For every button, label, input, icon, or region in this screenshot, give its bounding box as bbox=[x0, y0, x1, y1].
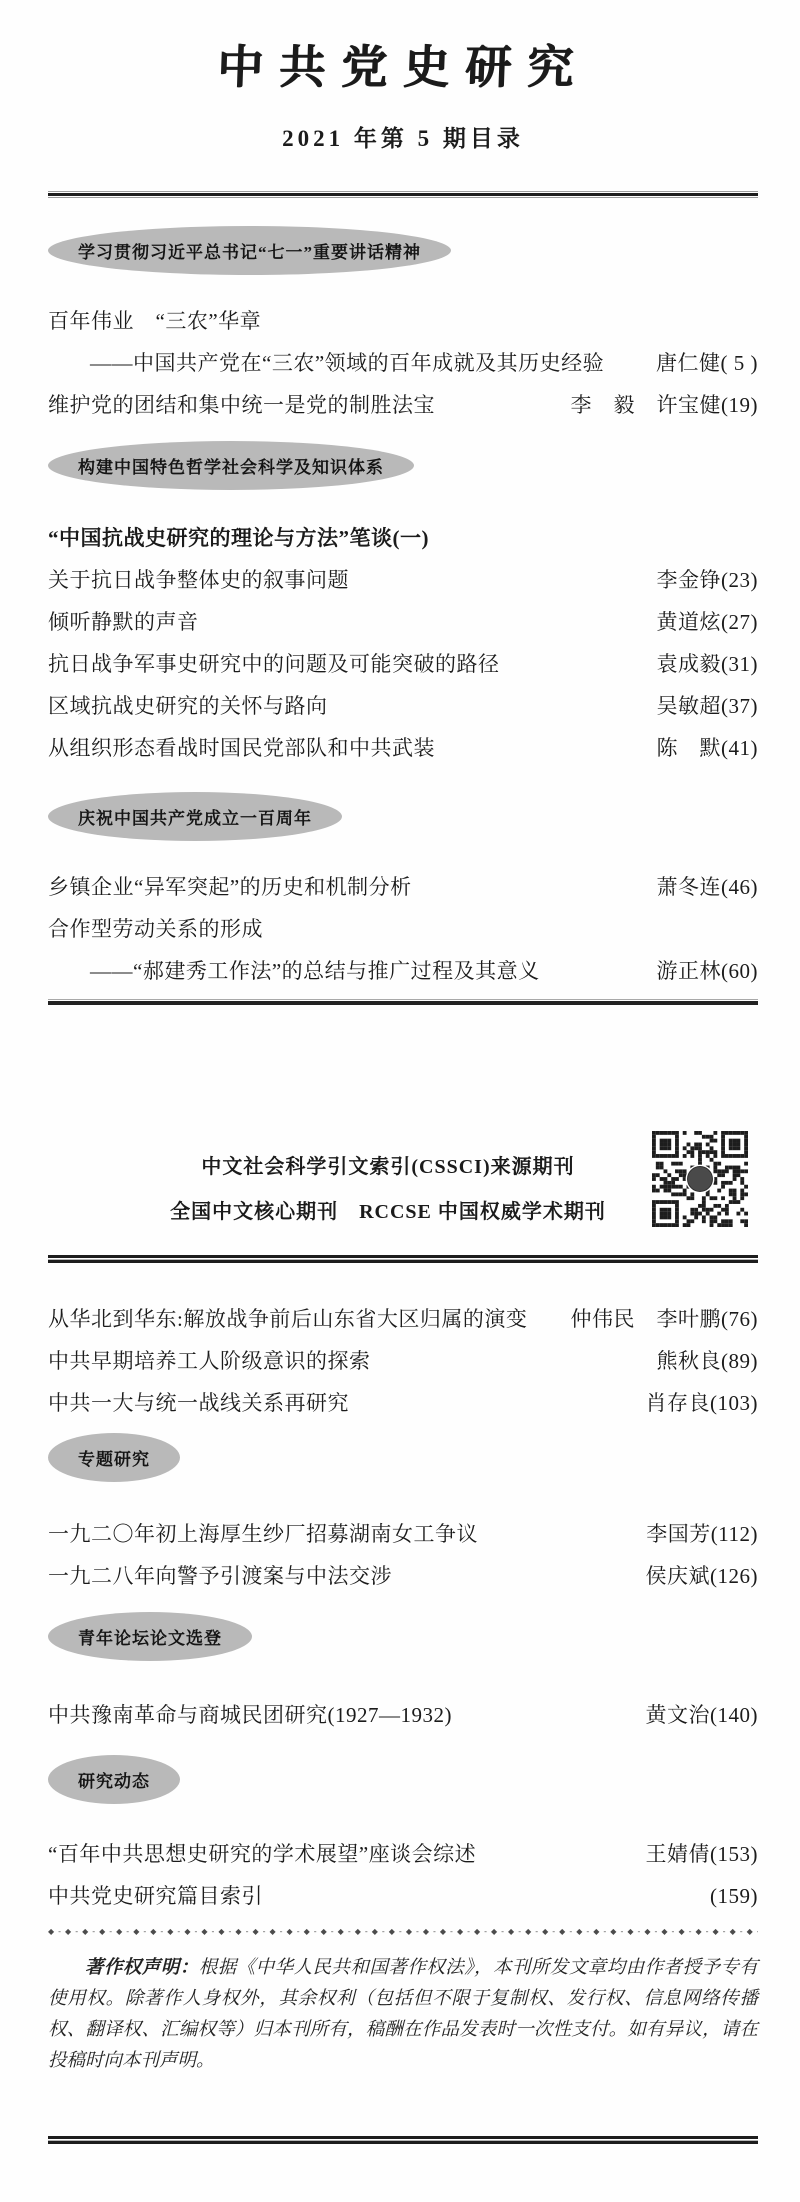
qr-code bbox=[652, 1131, 748, 1227]
article-title: 从华北到华东:解放战争前后山东省大区归属的演变 bbox=[48, 1305, 527, 1333]
divider-bottom bbox=[48, 2136, 758, 2144]
article-subtitle: ——中国共产党在“三农”领域的百年成就及其历史经验 bbox=[90, 349, 604, 377]
section-label-speech-spirit: 学习贯彻习近平总书记“七一”重要讲话精神 bbox=[48, 226, 451, 275]
article-title: 从组织形态看战时国民党部队和中共武装 bbox=[48, 734, 435, 762]
accreditation-lines: 中文社会科学引文索引(CSSCI)来源期刊 全国中文核心期刊 RCCSE 中国权… bbox=[103, 1145, 673, 1235]
article-title: 关于抗日战争整体史的叙事问题 bbox=[48, 566, 349, 594]
article-subtitle: ——“郝建秀工作法”的总结与推广过程及其意义 bbox=[90, 957, 540, 985]
article-ref: 黄文治(140) bbox=[632, 1701, 759, 1729]
divider-after-qr bbox=[48, 1255, 758, 1263]
section-label-special-topics: 专题研究 bbox=[48, 1433, 180, 1482]
toc-group-heading: “中国抗战史研究的理论与方法”笔谈(一) bbox=[48, 524, 758, 552]
toc-section-3: 乡镇企业“异军突起”的历史和机制分析 萧冬连(46) 合作型劳动关系的形成 ——… bbox=[48, 873, 758, 985]
toc-section-2: “中国抗战史研究的理论与方法”笔谈(一) 关于抗日战争整体史的叙事问题 李金铮(… bbox=[48, 524, 758, 762]
article-title: 倾听静默的声音 bbox=[48, 608, 199, 636]
article-ref: 肖存良(103) bbox=[632, 1389, 759, 1417]
article-ref: 黄道炫(27) bbox=[643, 608, 759, 636]
journal-accreditation-block: 中文社会科学引文索引(CSSCI)来源期刊 全国中文核心期刊 RCCSE 中国权… bbox=[48, 1131, 758, 1233]
article-title: “百年中共思想史研究的学术展望”座谈会综述 bbox=[48, 1840, 476, 1868]
copyright-lead: 著作权声明： bbox=[85, 1958, 199, 1978]
toc-entry: 乡镇企业“异军突起”的历史和机制分析 萧冬连(46) bbox=[48, 873, 758, 901]
article-ref: 袁成毅(31) bbox=[643, 650, 759, 678]
cssci-line: 中文社会科学引文索引(CSSCI)来源期刊 bbox=[103, 1145, 673, 1190]
toc-entry: 中共早期培养工人阶级意识的探索 熊秋良(89) bbox=[48, 1347, 758, 1375]
toc-entry: 维护党的团结和集中统一是党的制胜法宝 李 毅 许宝健(19) bbox=[48, 391, 758, 419]
article-ref: 李国芳(112) bbox=[632, 1520, 758, 1548]
divider-top bbox=[48, 191, 758, 198]
toc-entry: 百年伟业 “三农”华章 bbox=[48, 307, 758, 335]
toc-entry: 关于抗日战争整体史的叙事问题 李金铮(23) bbox=[48, 566, 758, 594]
article-ref: 陈 默(41) bbox=[643, 734, 759, 762]
article-ref: (159) bbox=[696, 1882, 758, 1910]
toc-section-1: 百年伟业 “三农”华章 ——中国共产党在“三农”领域的百年成就及其历史经验 唐仁… bbox=[48, 307, 758, 419]
journal-toc-page: 中共党史研究 2021 年第 5 期目录 学习贯彻习近平总书记“七一”重要讲话精… bbox=[0, 0, 800, 2202]
core-journal-line: 全国中文核心期刊 RCCSE 中国权威学术期刊 bbox=[103, 1190, 673, 1235]
article-title: 抗日战争军事史研究中的问题及可能突破的路径 bbox=[48, 650, 500, 678]
article-title: 维护党的团结和集中统一是党的制胜法宝 bbox=[48, 391, 435, 419]
toc-entry: 从组织形态看战时国民党部队和中共武装 陈 默(41) bbox=[48, 734, 758, 762]
toc-section-7: “百年中共思想史研究的学术展望”座谈会综述 王婧倩(153) 中共党史研究篇目索… bbox=[48, 1840, 758, 1910]
journal-title: 中共党史研究 bbox=[47, 38, 759, 98]
issue-line: 2021 年第 5 期目录 bbox=[48, 120, 758, 153]
article-ref: 侯庆斌(126) bbox=[632, 1562, 759, 1590]
toc-entry: 区域抗战史研究的关怀与路向 吴敏超(37) bbox=[48, 692, 758, 720]
section-label-centenary: 庆祝中国共产党成立一百周年 bbox=[48, 792, 342, 841]
article-title: 中共豫南革命与商城民团研究(1927—1932) bbox=[48, 1701, 452, 1729]
section-label-research-trends: 研究动态 bbox=[48, 1755, 180, 1804]
article-ref: 萧冬连(46) bbox=[643, 873, 759, 901]
article-title: 合作型劳动关系的形成 bbox=[48, 915, 263, 943]
article-title: 中共一大与统一战线关系再研究 bbox=[48, 1389, 349, 1417]
copyright-notice: 著作权声明：根据《中华人民共和国著作权法》，本刊所发文章均由作者授予专有使用权。… bbox=[48, 1953, 758, 2077]
article-ref: 吴敏超(37) bbox=[643, 692, 759, 720]
article-title: 中共党史研究篇目索引 bbox=[48, 1882, 263, 1910]
article-ref: 仲伟民 李叶鹏(76) bbox=[557, 1305, 759, 1333]
article-ref: 游正林(60) bbox=[643, 957, 759, 985]
article-title: 区域抗战史研究的关怀与路向 bbox=[48, 692, 328, 720]
section-label-youth-forum: 青年论坛论文选登 bbox=[48, 1612, 252, 1661]
toc-section-5: 一九二〇年初上海厚生纱厂招募湖南女工争议 李国芳(112) 一九二八年向警予引渡… bbox=[48, 1520, 758, 1590]
toc-entry: “百年中共思想史研究的学术展望”座谈会综述 王婧倩(153) bbox=[48, 1840, 758, 1868]
toc-entry: 倾听静默的声音 黄道炫(27) bbox=[48, 608, 758, 636]
toc-entry: 一九二八年向警予引渡案与中法交涉 侯庆斌(126) bbox=[48, 1562, 758, 1590]
toc-entry: ——中国共产党在“三农”领域的百年成就及其历史经验 唐仁健( 5 ) bbox=[48, 349, 758, 377]
article-title: 一九二八年向警予引渡案与中法交涉 bbox=[48, 1562, 392, 1590]
article-ref: 熊秋良(89) bbox=[643, 1347, 759, 1375]
toc-section-6: 中共豫南革命与商城民团研究(1927—1932) 黄文治(140) bbox=[48, 1701, 758, 1729]
article-ref: 王婧倩(153) bbox=[632, 1840, 759, 1868]
group-title: “中国抗战史研究的理论与方法”笔谈(一) bbox=[48, 524, 429, 552]
article-title: 乡镇企业“异军突起”的历史和机制分析 bbox=[48, 873, 412, 901]
toc-entry: 合作型劳动关系的形成 bbox=[48, 915, 758, 943]
article-ref: 李金铮(23) bbox=[643, 566, 759, 594]
section-label-philosophy-social-science: 构建中国特色哲学社会科学及知识体系 bbox=[48, 441, 414, 490]
toc-entry: 中共一大与统一战线关系再研究 肖存良(103) bbox=[48, 1389, 758, 1417]
toc-entry: 一九二〇年初上海厚生纱厂招募湖南女工争议 李国芳(112) bbox=[48, 1520, 758, 1548]
toc-section-4: 从华北到华东:解放战争前后山东省大区归属的演变 仲伟民 李叶鹏(76) 中共早期… bbox=[48, 1305, 758, 1417]
article-title: 百年伟业 “三农”华章 bbox=[48, 307, 261, 335]
toc-entry: 从华北到华东:解放战争前后山东省大区归属的演变 仲伟民 李叶鹏(76) bbox=[48, 1305, 758, 1333]
toc-entry: 抗日战争军事史研究中的问题及可能突破的路径 袁成毅(31) bbox=[48, 650, 758, 678]
ornament-divider: ◆-◆-◆-◆-◆-◆-◆-◆-◆-◆-◆-◆-◆-◆-◆-◆-◆-◆-◆-◆-… bbox=[48, 1924, 758, 1939]
article-title: 一九二〇年初上海厚生纱厂招募湖南女工争议 bbox=[48, 1520, 478, 1548]
toc-entry: 中共党史研究篇目索引 (159) bbox=[48, 1882, 758, 1910]
toc-entry: 中共豫南革命与商城民团研究(1927—1932) 黄文治(140) bbox=[48, 1701, 758, 1729]
divider-middle bbox=[48, 999, 758, 1005]
article-ref: 李 毅 许宝健(19) bbox=[557, 391, 759, 419]
toc-entry: ——“郝建秀工作法”的总结与推广过程及其意义 游正林(60) bbox=[48, 957, 758, 985]
article-title: 中共早期培养工人阶级意识的探索 bbox=[48, 1347, 371, 1375]
article-ref: 唐仁健( 5 ) bbox=[642, 349, 758, 377]
